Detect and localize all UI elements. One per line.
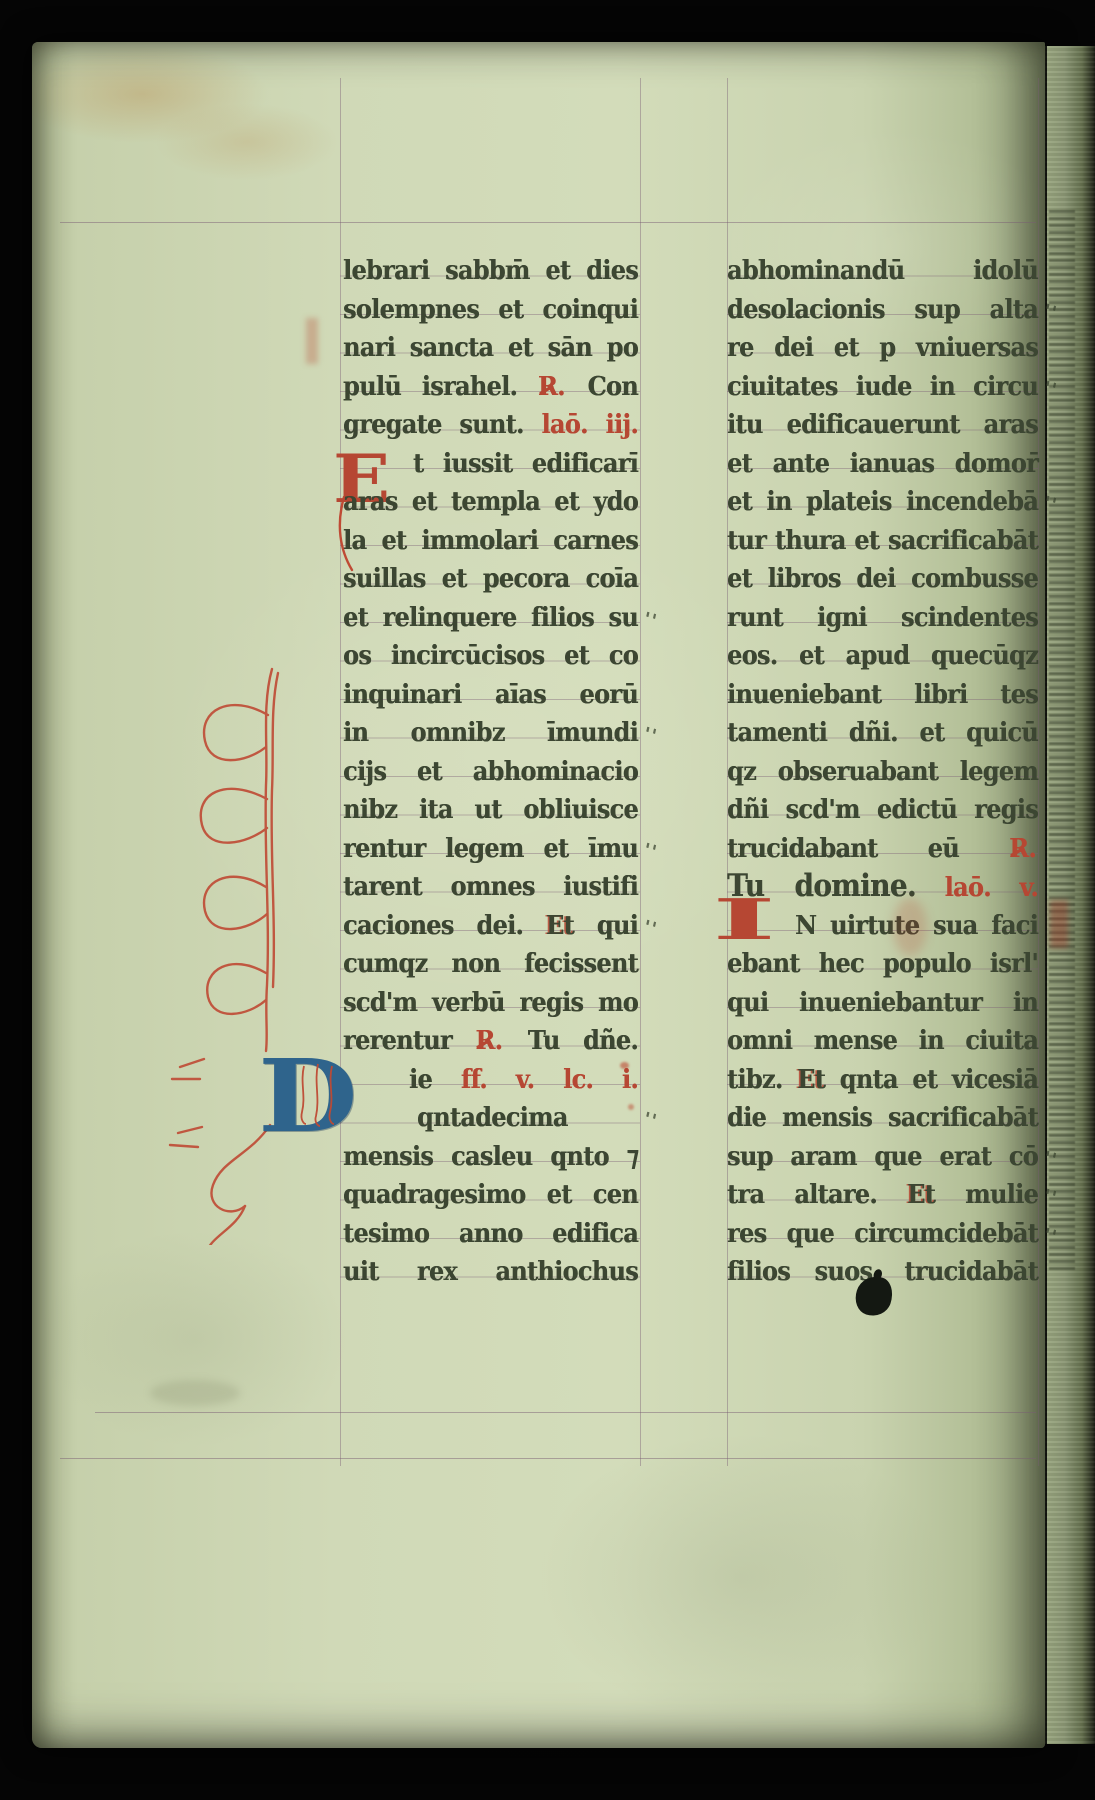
text-segment-versal: Tu domine. xyxy=(727,867,916,903)
red-bleed-through-left xyxy=(306,318,318,364)
right-text-line-20: qui inueniebantur in xyxy=(727,981,1038,1023)
text-segment-red: laō. iij. xyxy=(541,407,638,439)
right-text-line-18: N uirtute sua faci xyxy=(727,904,1038,946)
text-segment-ink: et in plateis incendebā xyxy=(727,484,1038,516)
initial-d-penwork xyxy=(292,1062,348,1128)
text-segment-ink: rerentur xyxy=(343,1023,452,1055)
left-text-line-11: os incircūcisos et co xyxy=(343,634,638,676)
left-text-line-15: nibz ita ut obliuisce xyxy=(343,788,638,830)
left-text-line-5: gregate sunt. laō. iij. xyxy=(343,403,638,445)
text-segment-ink: tamenti dñi. et quicū xyxy=(727,715,1038,747)
right-text-line-11: eos. et apud quecūqz xyxy=(727,634,1038,676)
smudge-stain xyxy=(150,1380,240,1406)
text-segment-ink: cumqz non fecissent xyxy=(343,946,638,978)
left-text-line-14: cijs et abhominacio xyxy=(343,750,638,792)
text-segment-ink: dñi scd'm edictū regis xyxy=(727,792,1038,824)
text-segment-ink: qntadecima xyxy=(417,1100,568,1132)
text-segment-ink: ie xyxy=(409,1062,432,1094)
text-segment-ink: tra altare. xyxy=(727,1177,877,1209)
right-text-line-6: et ante ianuas domor̄ xyxy=(727,442,1038,484)
left-text-line-27: uit rex anthiochus xyxy=(343,1250,638,1292)
text-segment-resp: R. xyxy=(475,1023,504,1055)
left-text-line-3: nari sancta et sān po xyxy=(343,326,638,368)
text-segment-resp: R. xyxy=(1009,831,1038,863)
text-segment-ink: Tu dñe. xyxy=(528,1023,638,1055)
text-segment-ink: desolacionis sup alta xyxy=(727,292,1038,324)
left-text-line-7: aras et templa et ydo xyxy=(343,480,638,522)
red-bleed-through-right xyxy=(893,898,927,956)
text-segment-ink: os incircūcisos et co xyxy=(343,638,638,670)
text-segment-ink: solempnes et coinqui xyxy=(343,292,638,324)
text-segment-ink: ciuitates iude in circu xyxy=(727,369,1038,401)
text-segment-ink: lebrari sabbm̄ et dies xyxy=(343,253,638,285)
text-segment-ink: ebant hec populo isrl' xyxy=(727,946,1038,978)
right-text-line-8: tur thura et sacrificabāt xyxy=(727,519,1038,561)
left-text-line-1: lebrari sabbm̄ et dies xyxy=(343,249,638,291)
text-segment-ink: inquinari aīas eorū xyxy=(343,677,638,709)
right-text-line-12: inueniebant libri tes xyxy=(727,673,1038,715)
right-text-line-4: ciuitates iude in circu'' xyxy=(727,365,1038,407)
right-text-line-24: sup aram que erat cō'' xyxy=(727,1135,1038,1177)
text-segment-ink: tur thura et sacrificabāt xyxy=(727,523,1038,555)
left-text-line-17: tarent omnes iustifi xyxy=(343,865,638,907)
text-segment-ink: mulie xyxy=(965,1177,1038,1209)
text-segment-ink: inueniebant libri tes xyxy=(727,677,1038,709)
left-text-line-9: suillas et pecora coīa xyxy=(343,557,638,599)
right-text-line-16: trucidabant eū R. xyxy=(727,827,1038,869)
column-right: abhominandū idolūdesolacionis sup alta''… xyxy=(727,251,1038,1296)
text-segment-ink: suillas et pecora coīa xyxy=(343,561,638,593)
left-text-line-10: et relinquere filios su'' xyxy=(343,596,638,638)
text-segment-ink: res que circumcidebāt xyxy=(727,1216,1038,1248)
left-text-line-16: rentur legem et īmu'' xyxy=(343,827,638,869)
right-text-line-17: Tu domine. laō. v. xyxy=(727,865,1038,907)
right-text-line-9: et libros dei combusse xyxy=(727,557,1038,599)
left-text-line-2: solempnes et coinqui xyxy=(343,288,638,330)
text-segment-red: laō. v. xyxy=(945,871,1038,903)
text-segment-ink: mensis casleu qnto ⁊ xyxy=(343,1139,638,1171)
text-segment-ink: qnta et vicesiā xyxy=(840,1062,1038,1094)
text-segment-red: ff. v. lc. i. xyxy=(461,1062,638,1094)
red-speck-1 xyxy=(620,1062,629,1069)
text-segment-ink: omni mense in ciuita xyxy=(727,1023,1038,1055)
text-segment-redink: Et xyxy=(797,1062,825,1094)
text-segment-ink: tesimo anno edifica xyxy=(343,1216,638,1248)
text-segment-ink: eos. et apud quecūqz xyxy=(727,638,1038,670)
text-segment-ink: et ante ianuas domor̄ xyxy=(727,446,1038,478)
right-text-line-13: tamenti dñi. et quicū xyxy=(727,711,1038,753)
right-text-line-15: dñi scd'm edictū regis xyxy=(727,788,1038,830)
text-segment-ink: in omnibz īmundi xyxy=(343,715,638,747)
text-segment-ink: tibz. xyxy=(727,1062,782,1094)
text-segment-ink: runt igni scindentes xyxy=(727,600,1038,632)
right-text-line-7: et in plateis incendebā'' xyxy=(727,480,1038,522)
red-speck-2 xyxy=(628,1104,634,1110)
right-text-line-14: qz obseruabant legem xyxy=(727,750,1038,792)
text-segment-ink: trucidabant eū xyxy=(727,831,959,863)
right-text-line-1: abhominandū idolū xyxy=(727,249,1038,291)
left-text-line-18: caciones dei. Et qui'' xyxy=(343,904,638,946)
ruling-horizontal-top-margin xyxy=(60,222,1036,223)
left-text-line-21: rerentur R. Tu dñe. xyxy=(343,1019,638,1061)
left-text-line-13: in omnibz īmundi'' xyxy=(343,711,638,753)
right-text-line-21: omni mense in ciuita xyxy=(727,1019,1038,1061)
text-segment-ink: t iussit edificarī xyxy=(413,446,638,478)
text-segment-ink: sup aram que erat cō xyxy=(727,1139,1038,1171)
text-segment-ink: scd'm verbū regis mo xyxy=(343,985,638,1017)
text-segment-ink: gregate sunt. xyxy=(343,407,524,439)
left-text-line-25: quadragesimo et cen xyxy=(343,1173,638,1215)
ruling-horizontal-bottom-1 xyxy=(95,1412,1036,1413)
left-text-line-24: mensis casleu qnto ⁊ xyxy=(343,1135,638,1177)
right-text-line-2: desolacionis sup alta'' xyxy=(727,288,1038,330)
left-text-line-6: t iussit edificarī xyxy=(343,442,638,484)
text-segment-ink: aras et templa et ydo xyxy=(343,484,638,516)
text-segment-ink: et relinquere filios su xyxy=(343,600,638,632)
text-segment-ink: tarent omnes iustifi xyxy=(343,869,638,901)
text-segment-ink: qui xyxy=(597,908,638,940)
text-segment-ink: die mensis sacrificabāt xyxy=(727,1100,1038,1132)
text-segment-ink: re dei et p vniuersas xyxy=(727,330,1038,362)
text-segment-ink: pulū israhel. xyxy=(343,369,517,401)
text-segment-ink: qz obseruabant legem xyxy=(727,754,1038,786)
text-segment-ink: nari sancta et sān po xyxy=(343,330,638,362)
text-segment-ink: uit rex anthiochus xyxy=(343,1254,638,1286)
text-segment-redink: Et xyxy=(546,908,574,940)
text-segment-ink: rentur legem et īmu xyxy=(343,831,638,863)
right-text-line-19: ebant hec populo isrl' xyxy=(727,942,1038,984)
text-segment-resp: R. xyxy=(538,369,567,401)
right-text-line-3: re dei et p vniuersas xyxy=(727,326,1038,368)
right-text-line-25: tra altare. Et mulie'' xyxy=(727,1173,1038,1215)
text-segment-redink: Et xyxy=(907,1177,935,1209)
text-segment-ink: abhominandū idolū xyxy=(727,253,1038,285)
left-text-line-22: ie ff. v. lc. i. xyxy=(343,1058,638,1100)
column-left: lebrari sabbm̄ et diessolempnes et coinq… xyxy=(343,251,638,1296)
text-segment-ink: et libros dei combusse xyxy=(727,561,1038,593)
penwork-flourish xyxy=(150,655,360,1245)
right-text-line-22: tibz. Et qnta et vicesiā xyxy=(727,1058,1038,1100)
left-text-line-4: pulū israhel. R. Con xyxy=(343,365,638,407)
fore-edge-red-bleed xyxy=(1050,900,1068,948)
ruling-horizontal-bottom-2 xyxy=(60,1458,1036,1459)
left-text-line-8: la et immolari carnes xyxy=(343,519,638,561)
left-text-line-26: tesimo anno edifica xyxy=(343,1212,638,1254)
ruling-vertical-right-column-right xyxy=(1038,78,1039,1466)
text-segment-ink: caciones dei. xyxy=(343,908,523,940)
text-segment-ink: itu edificauerunt aras xyxy=(727,407,1038,439)
text-segment-ink: Con xyxy=(588,369,638,401)
right-text-line-23: die mensis sacrificabāt xyxy=(727,1096,1038,1138)
text-segment-ink: cijs et abhominacio xyxy=(343,754,638,786)
text-segment-ink: qui inueniebantur in xyxy=(727,985,1038,1017)
right-text-line-5: itu edificauerunt aras xyxy=(727,403,1038,445)
right-text-line-26: res que circumcidebāt'' xyxy=(727,1212,1038,1254)
right-text-line-10: runt igni scindentes xyxy=(727,596,1038,638)
left-text-line-19: cumqz non fecissent xyxy=(343,942,638,984)
ruling-vertical-left-column-right xyxy=(640,78,641,1466)
left-text-line-12: inquinari aīas eorū xyxy=(343,673,638,715)
left-text-line-23: qntadecima'' xyxy=(343,1096,638,1138)
text-segment-ink: nibz ita ut obliuisce xyxy=(343,792,638,824)
manuscript-photo: { "page": { "hyphen_mark": "''", "initia… xyxy=(0,0,1095,1800)
left-text-line-20: scd'm verbū regis mo xyxy=(343,981,638,1023)
text-segment-ink: la et immolari carnes xyxy=(343,523,638,555)
text-segment-ink: quadragesimo et cen xyxy=(343,1177,638,1209)
